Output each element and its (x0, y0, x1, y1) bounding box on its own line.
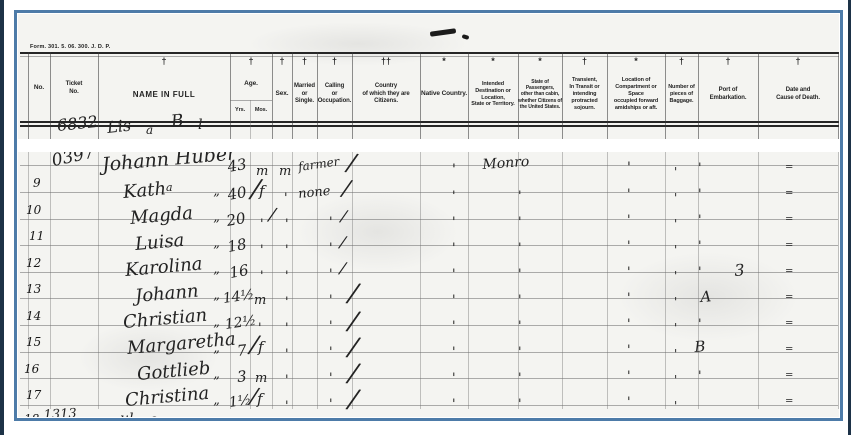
header-cell-destination: *Intended Destination or Location, State… (468, 56, 518, 121)
ditto-mark: = (785, 267, 793, 277)
dagger-symbol: † (795, 56, 800, 68)
header-label-citizens: Country of which they are Citizens. (362, 68, 409, 121)
ditto-mark: ' (452, 163, 456, 177)
header-label-port: Port of Embarkation. (710, 68, 747, 121)
handwritten-entry: 1313 (43, 407, 77, 417)
ditto-mark: ' (627, 188, 631, 201)
ditto-mark: ' (674, 218, 677, 230)
slash-mark: / (347, 334, 359, 361)
dagger-symbol: † (679, 56, 684, 68)
ditto-mark: ' (452, 268, 456, 281)
ditto-mark: ' (329, 268, 333, 281)
ditto-mark: ' (452, 372, 456, 385)
ditto-mark: ' (452, 294, 456, 307)
slash-mark: / (268, 206, 277, 225)
ditto-mark: ' (698, 162, 702, 175)
ditto-mark: ' (674, 348, 677, 360)
ditto-mark: ' (674, 166, 677, 178)
ditto-mark: ” (213, 219, 220, 232)
ditto-mark: ' (518, 268, 522, 281)
ditto-mark: ' (518, 320, 522, 333)
header-cell-port: †Port of Embarkation. (698, 56, 758, 121)
ditto-mark: ' (627, 266, 631, 279)
slash-mark: / (347, 280, 359, 307)
ditto-mark: ' (452, 190, 456, 203)
ditto-mark: ' (285, 244, 289, 257)
row-number: 18 (24, 413, 39, 417)
header-label-married: Married or Single. (294, 68, 315, 121)
header-cell-married: †Married or Single. (292, 56, 317, 121)
header-cell-native: *Native Country. (420, 56, 468, 121)
header-label-name: NAME IN FULL (133, 68, 195, 121)
handwritten-entry: m (254, 294, 266, 307)
header-label-date-death: Date and Cause of Death. (776, 68, 820, 121)
handwritten-entry: c (150, 413, 157, 417)
ditto-mark: ' (627, 214, 631, 227)
ditto-mark: = (785, 397, 793, 407)
column-line (562, 152, 563, 409)
ditto-mark: ' (674, 270, 677, 282)
handwritten-entry: 40 (226, 185, 247, 203)
handwritten-entry: Johann (134, 283, 199, 306)
ditto-mark: ' (674, 400, 677, 412)
ditto-mark: ' (698, 188, 702, 201)
ditto-mark: ' (329, 346, 333, 359)
row-number: 17 (26, 389, 41, 401)
asterisk-symbol: * (634, 56, 638, 68)
slash-mark: / (339, 260, 347, 277)
ditto-mark: ' (627, 292, 631, 305)
ditto-mark: ' (518, 398, 522, 411)
handwritten-entry: 0397 (50, 152, 96, 170)
ditto-mark: ' (260, 218, 264, 231)
ditto-mark: ” (213, 297, 220, 310)
row-number: 12 (26, 257, 41, 269)
header-subcell-yrs: Yrs. (230, 100, 250, 121)
window-edge-left (0, 0, 4, 435)
ditto-mark: ' (518, 190, 522, 203)
ditto-mark: ” (213, 245, 220, 258)
handwritten-entry: Kath (122, 180, 166, 202)
header-label-state-passengers: State of Passengers, other than cabin, w… (518, 68, 562, 121)
handwritten-entry: a (146, 124, 153, 136)
dagger-symbol: † (582, 56, 587, 68)
header-column-line (838, 52, 839, 139)
ditto-mark: ' (285, 218, 289, 231)
ditto-mark: ' (518, 216, 522, 229)
handwritten-entry: B (170, 113, 184, 131)
handwritten-entry: 3 (236, 369, 247, 385)
ditto-mark: ' (260, 270, 264, 283)
slash-mark: / (347, 308, 359, 335)
asterisk-symbol: * (442, 56, 446, 68)
ditto-mark: ' (698, 214, 702, 227)
column-line (98, 152, 99, 409)
header-sublabel: Mos. (255, 100, 267, 121)
screenshot-root: Form. 301. 5. 06. 300. J. D. P. No.Ticke… (0, 0, 851, 435)
row-number: 14 (26, 310, 41, 322)
dagger-symbol: † (302, 56, 307, 68)
column-line (50, 152, 51, 409)
header-label-age: Age. (244, 68, 258, 100)
handwritten-entry: Magda (129, 205, 193, 228)
handwritten-entry: m (255, 372, 267, 385)
ditto-mark: ' (698, 266, 702, 279)
ditto-mark: ' (329, 372, 333, 385)
ditto-mark: ' (284, 192, 288, 205)
ditto-mark: ' (452, 242, 456, 255)
header-bottom-rule (20, 121, 839, 123)
handwritten-entry: Christian (122, 307, 208, 332)
column-line (838, 152, 839, 409)
ditto-mark: ' (674, 374, 677, 386)
header-sublabel: Yrs. (235, 100, 245, 121)
scan-fragment-top: Form. 301. 5. 06. 300. J. D. P. No.Ticke… (18, 14, 839, 139)
header-label-native: Native Country. (421, 68, 467, 121)
slash-mark: / (347, 360, 359, 387)
header-bottom-rule-2 (20, 125, 839, 127)
column-line (272, 152, 273, 409)
ditto-mark: ' (674, 244, 677, 256)
ditto-mark: ” (213, 402, 220, 415)
ditto-mark: ' (285, 270, 289, 283)
form-number: Form. 301. 5. 06. 300. J. D. P. (30, 44, 110, 50)
handwritten-entry: none (298, 185, 331, 201)
ditto-mark: = (785, 189, 793, 199)
ditto-mark: ” (213, 350, 220, 363)
ditto-mark: ' (329, 216, 333, 229)
handwritten-entry: f (258, 340, 264, 355)
ditto-mark: ' (285, 348, 289, 361)
column-line (665, 152, 666, 409)
handwritten-entry: 7 (236, 343, 247, 359)
column-line (607, 152, 608, 409)
header-label-ticket: Ticket No. (66, 56, 83, 121)
asterisk-symbol: * (538, 56, 542, 68)
ditto-mark: = (785, 241, 793, 251)
ditto-mark: ” (213, 376, 220, 389)
ditto-mark: ' (674, 322, 677, 334)
handwritten-entry: A (700, 289, 712, 305)
handwritten-entry: ul (120, 412, 134, 417)
ditto-mark: ' (518, 242, 522, 255)
header-cell-sex: †Sex. (272, 56, 292, 121)
ditto-mark: = (785, 293, 793, 303)
column-line (420, 152, 421, 409)
ditto-mark: ' (518, 346, 522, 359)
header-cell-name: †NAME IN FULL (98, 56, 230, 121)
ditto-mark: ' (285, 374, 289, 387)
row-number: 16 (24, 363, 39, 375)
ditto-mark: ' (627, 161, 631, 175)
header-cell-state-passengers: *State of Passengers, other than cabin, … (518, 56, 562, 121)
row-number: 10 (26, 204, 41, 216)
ditto-mark: ' (452, 398, 456, 411)
double-dagger-symbol: †† (381, 56, 391, 68)
header-label-no: No. (34, 56, 44, 121)
ditto-mark: ' (329, 294, 333, 307)
handwritten-entry: 3 (734, 262, 745, 279)
handwritten-entry: Monro (482, 155, 530, 172)
handwritten-entry: farmer (297, 155, 340, 173)
ditto-mark: ' (674, 192, 677, 204)
handwritten-entry: m (279, 165, 291, 178)
scan-fragment-bottom: 90397Johann Huber43mmfarmer/'Monro'''=10… (18, 152, 839, 417)
handwritten-entry: Christina (124, 385, 210, 410)
header-cell-location: *Location of Compartment or Space occupi… (607, 56, 665, 121)
ditto-mark: ' (452, 346, 456, 359)
header-cell-ticket: Ticket No. (50, 56, 98, 121)
ditto-mark: ' (627, 344, 631, 357)
ditto-mark: ' (627, 396, 631, 409)
ditto-mark: = (785, 371, 793, 381)
slash-mark: / (346, 152, 357, 175)
ditto-mark: ' (329, 320, 333, 333)
row-number: 11 (29, 230, 44, 242)
header-subcell-mos: Mos. (250, 100, 272, 121)
ditto-mark: ' (698, 240, 702, 253)
handwritten-entry: f (257, 392, 263, 407)
ditto-mark: ' (698, 318, 702, 331)
header-cell-transient: †Transient, In Transit or intending prot… (562, 56, 607, 121)
ditto-mark: ' (285, 296, 289, 309)
handwritten-entry: 20 (225, 211, 246, 229)
header-cell-age: †Age. (230, 56, 272, 100)
ditto-mark: = (785, 163, 793, 173)
handwritten-entry: l (198, 118, 202, 132)
header-cell-date-death: †Date and Cause of Death. (758, 56, 838, 121)
table-top-rule (20, 52, 839, 54)
dagger-symbol: † (248, 56, 253, 68)
ditto-mark: ' (518, 294, 522, 307)
ditto-mark: ” (213, 193, 220, 206)
ditto-mark: = (785, 215, 793, 225)
column-line (292, 152, 293, 409)
ditto-mark: ' (627, 318, 631, 331)
handwritten-entry: a (166, 182, 173, 193)
ditto-mark: ' (329, 242, 333, 255)
handwritten-entry: Luisa (134, 232, 185, 254)
column-line (468, 152, 469, 409)
dagger-symbol: † (725, 56, 730, 68)
ditto-mark: ' (452, 320, 456, 333)
handwritten-entry: f (259, 184, 265, 199)
ditto-mark: ' (627, 370, 631, 383)
ditto-mark: ' (285, 400, 289, 413)
header-cell-calling: †Calling or Occupation. (317, 56, 352, 121)
handwritten-entry: B (694, 339, 706, 355)
header-label-calling: Calling or Occupation. (318, 68, 352, 121)
dagger-symbol: † (161, 56, 166, 68)
handwritten-entry: Lis (106, 118, 131, 136)
dagger-symbol: † (279, 56, 284, 68)
row-number: 13 (26, 283, 41, 295)
slash-mark: / (347, 386, 359, 413)
ditto-mark: ' (260, 244, 264, 257)
handwritten-entry: 16 (228, 263, 249, 281)
handwritten-entry: 18 (226, 237, 247, 255)
dagger-symbol: † (332, 56, 337, 68)
row-number: 15 (26, 336, 41, 348)
header-label-transient: Transient, In Transit or intending protr… (562, 68, 607, 121)
ditto-mark: ' (285, 322, 289, 335)
header-cell-citizens: ††Country of which they are Citizens. (352, 56, 420, 121)
header-label-destination: Intended Destination or Location, State … (468, 68, 518, 121)
scan-blemish (298, 192, 458, 272)
ditto-mark: = (785, 319, 793, 329)
ditto-mark: ' (329, 398, 333, 411)
row-number: 9 (33, 177, 41, 189)
ditto-mark: ' (698, 370, 702, 383)
header-cell-pieces: †Number of pieces of Baggage. (665, 56, 698, 121)
header-label-sex: Sex. (276, 68, 289, 121)
header-cell-no: No. (28, 56, 50, 121)
handwritten-entry: 6832 (56, 114, 98, 134)
header-label-pieces: Number of pieces of Baggage. (668, 68, 695, 121)
handwritten-entry: 14½ (222, 288, 255, 306)
handwritten-entry: Johann Huber (101, 152, 237, 175)
handwritten-entry: Karolina (124, 255, 203, 280)
ditto-mark: ' (452, 216, 456, 229)
header-label-location: Location of Compartment or Space occupie… (607, 68, 665, 121)
asterisk-symbol: * (491, 56, 495, 68)
ditto-mark: ' (627, 240, 631, 253)
ditto-mark: ” (213, 271, 220, 284)
ditto-mark: = (785, 345, 793, 355)
ditto-mark: ' (674, 296, 677, 308)
column-line (758, 152, 759, 409)
handwritten-entry: 43 (226, 157, 247, 175)
ditto-mark: ' (518, 372, 522, 385)
